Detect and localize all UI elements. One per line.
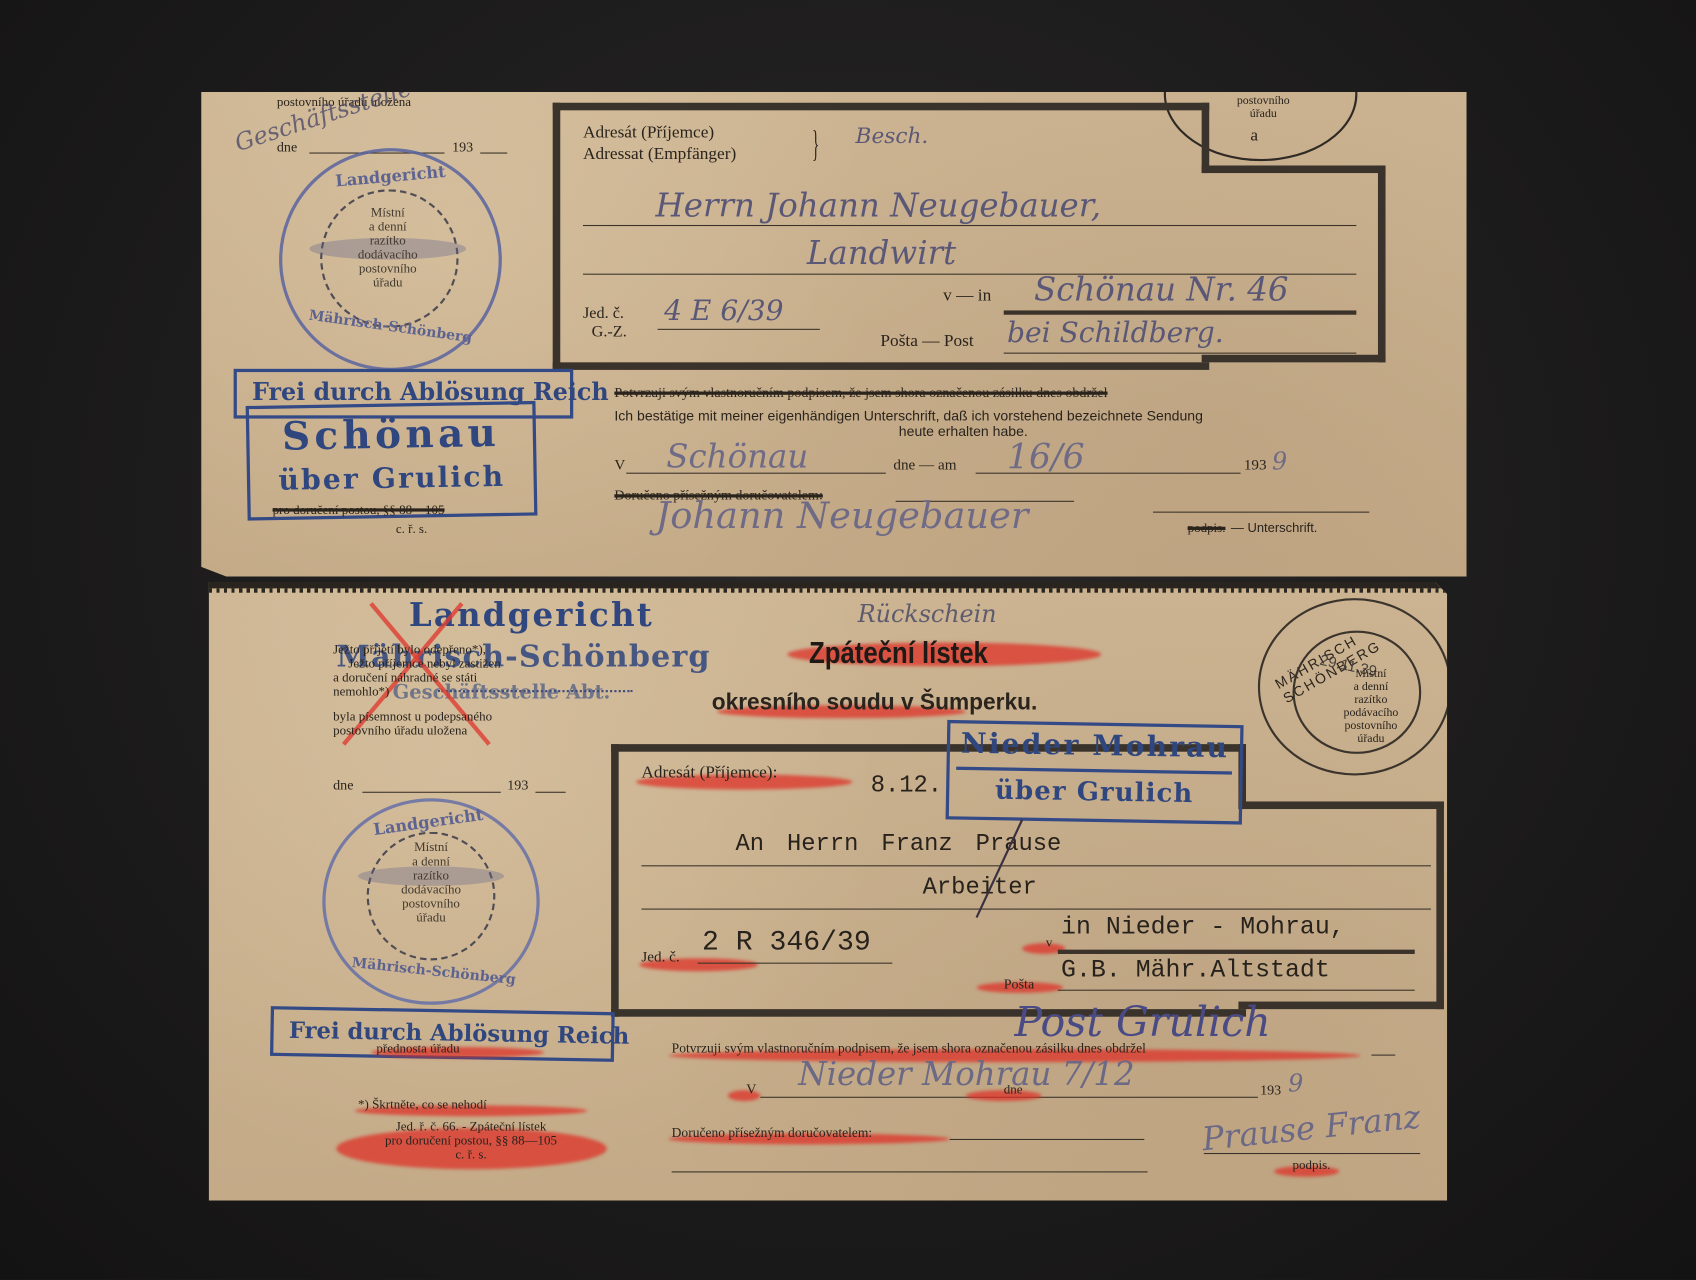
nieder-mohrau-place-stamp: Nieder Mohrau über Grulich — [946, 720, 1244, 825]
year-line-lower — [535, 792, 565, 793]
seal-top-text: Landgericht — [325, 161, 456, 192]
confirm-end-line — [1371, 1055, 1395, 1056]
confirm-struck-lower: Potvrzuji svým vlastnoručním podpisem, ž… — [672, 1040, 1146, 1056]
year-handwritten: 9 — [1272, 449, 1287, 476]
signature-line-lower — [1204, 1153, 1420, 1154]
place-prefix: V — [614, 458, 625, 475]
signature-label-struck: podpis. — [1188, 520, 1226, 536]
place-line-lower — [1058, 950, 1415, 954]
postmark-center-text: Místní a denní razítko podávacího postov… — [1325, 667, 1417, 745]
delivered-line-lower — [950, 1139, 1145, 1140]
post-line — [1004, 353, 1357, 354]
address-line-1 — [583, 225, 1356, 226]
prednosta-label: přednosta úřadu — [376, 1040, 459, 1056]
left-notes: Ježto přijetí bylo odepřeno*), Ježto pří… — [333, 642, 501, 737]
left-footer-lower: Jed. ř. č. 66. - Zpáteční lístek pro dor… — [339, 1119, 604, 1161]
post-label: Pošta — Post — [880, 332, 973, 351]
ref-label-lower: Jed. č. — [641, 950, 679, 967]
handwritten-rueckschein: Rückschein — [858, 601, 997, 628]
place-label: v — in — [943, 287, 991, 306]
ref-line — [658, 329, 820, 330]
wavy-border — [209, 588, 1447, 592]
typed-date: 8.12. — [871, 772, 942, 799]
place-prefix-lower: v — [1046, 935, 1052, 951]
delivered-label-lower: Doručeno přísežným doručovatelem: — [672, 1125, 872, 1141]
place-line — [1004, 310, 1357, 314]
signature-label: — Unterschrift. — [1231, 520, 1318, 535]
place-handwritten-lower: Nieder Mohrau 7/12 — [798, 1056, 1134, 1094]
document-stage: postovního úřadu uložena Geschäftsstelle… — [0, 0, 1696, 1280]
occupation-handwritten: Landwirt — [807, 235, 956, 273]
year-label-lower: 193 — [1260, 1082, 1281, 1099]
year-prefix: 193 — [452, 138, 473, 155]
lower-frame-right — [1436, 801, 1444, 1009]
post-typed: G.B. Mähr.Altstadt — [1061, 956, 1330, 984]
postmark-letter: a — [1250, 127, 1258, 146]
frame-right — [1378, 165, 1386, 362]
ref-value-handwritten: 4 E 6/39 — [664, 295, 783, 327]
recipient-handwritten: Herrn Johann Neugebauer, — [655, 187, 1101, 225]
signature-handwritten-lower: Prause Franz — [1200, 1098, 1422, 1159]
date-label-lower: dne — [333, 777, 353, 794]
note-handwritten: Besch. — [856, 122, 929, 148]
signature-handwritten: Johann Neugebauer — [655, 494, 1028, 537]
year-line — [480, 153, 507, 154]
handwritten-post-grulich: Post Grulich — [1015, 998, 1271, 1046]
lower-seal-center-text: Místní a denní razítko dodávacího postov… — [374, 840, 488, 924]
ref-line-lower — [698, 963, 893, 964]
court-stamp-line-1: Landgericht — [409, 597, 654, 635]
brace-icon: } — [812, 124, 819, 165]
addressee-line-2: Arbeiter — [923, 874, 1037, 901]
form-subtitle: okresního soudu v Šumperku. — [712, 690, 1038, 716]
lower-frame-notch-h — [1238, 801, 1444, 809]
signature-line — [1153, 512, 1369, 513]
footnote: *) Škrtněte, co se nehodí — [358, 1097, 487, 1113]
signature-label-lower: podpis. — [1293, 1157, 1331, 1173]
date-label: dne — [277, 138, 297, 155]
ref-labels: Jed. č. G.-Z. — [583, 305, 627, 342]
lower-address-line-2 — [641, 909, 1431, 910]
left-footer-line-3: c. ř. s. — [396, 522, 427, 536]
frame-notch-h — [1202, 165, 1386, 173]
form-title: Zpáteční lístek — [809, 636, 988, 671]
date-label-lower-2: dne — [1004, 1082, 1023, 1098]
ref-value-typed: 2 R 346/39 — [702, 926, 871, 958]
post-label-lower: Pošta — [1004, 976, 1034, 993]
place-prefix-lower-2: V — [746, 1081, 756, 1098]
lower-court-seal: Landgericht Mährisch-Schönberg Místní a … — [322, 798, 539, 1005]
year-label: 193 — [1244, 458, 1267, 475]
postmark-maehrisch-schoenberg: MÄHRISCH SCHÖNBERG 29.11.39 Místní a den… — [1258, 598, 1452, 775]
frame-notch-v — [1202, 103, 1210, 173]
addressee-labels: Adresát (Příjemce) Adressat (Empfänger) — [583, 122, 736, 165]
left-footer-line-2: pro doručení postou, §§ 88—105 — [273, 503, 445, 517]
place-handwritten: Schönau Nr. 46 — [1034, 271, 1289, 309]
lower-address-line-1 — [641, 865, 1431, 866]
blank-line-lower — [672, 1171, 1148, 1172]
court-seal: Landgericht Mährisch-Schönberg Místní a … — [279, 148, 502, 371]
date-line-lower — [362, 792, 500, 793]
place-handwritten-2: Schönau — [666, 438, 808, 476]
addressee-line-1: An Herrn Franz Prause — [735, 831, 1061, 858]
date-handwritten: 16/6 — [1007, 436, 1085, 477]
year-prefix-lower: 193 — [507, 777, 528, 794]
upper-receipt-form: postovního úřadu uložena Geschäftsstelle… — [201, 92, 1466, 577]
lower-receipt-form: Landgericht Mährisch-Schönberg Geschäfts… — [209, 582, 1447, 1201]
date-label-2: dne — am — [893, 458, 956, 475]
place-typed: in Nieder - Mohrau, — [1061, 913, 1345, 941]
confirm-cz-struck: Potvrzuji svým vlastnoručním podpisem, ž… — [614, 384, 1107, 401]
postmark-text: postovního úřadu — [1220, 94, 1307, 120]
seal-center-text: Místní a denní razítko dodávacího postov… — [326, 206, 450, 290]
year-handwritten-lower: 9 — [1288, 1071, 1303, 1098]
post-line-lower — [1058, 990, 1415, 991]
addressee-label-struck: Adresát (Příjemce): — [641, 764, 777, 783]
frame-bottom-right — [1202, 355, 1386, 363]
post-handwritten: bei Schildberg. — [1007, 317, 1224, 349]
confirm-de: Ich bestätige mit meiner eigenhändigen U… — [614, 408, 1203, 424]
